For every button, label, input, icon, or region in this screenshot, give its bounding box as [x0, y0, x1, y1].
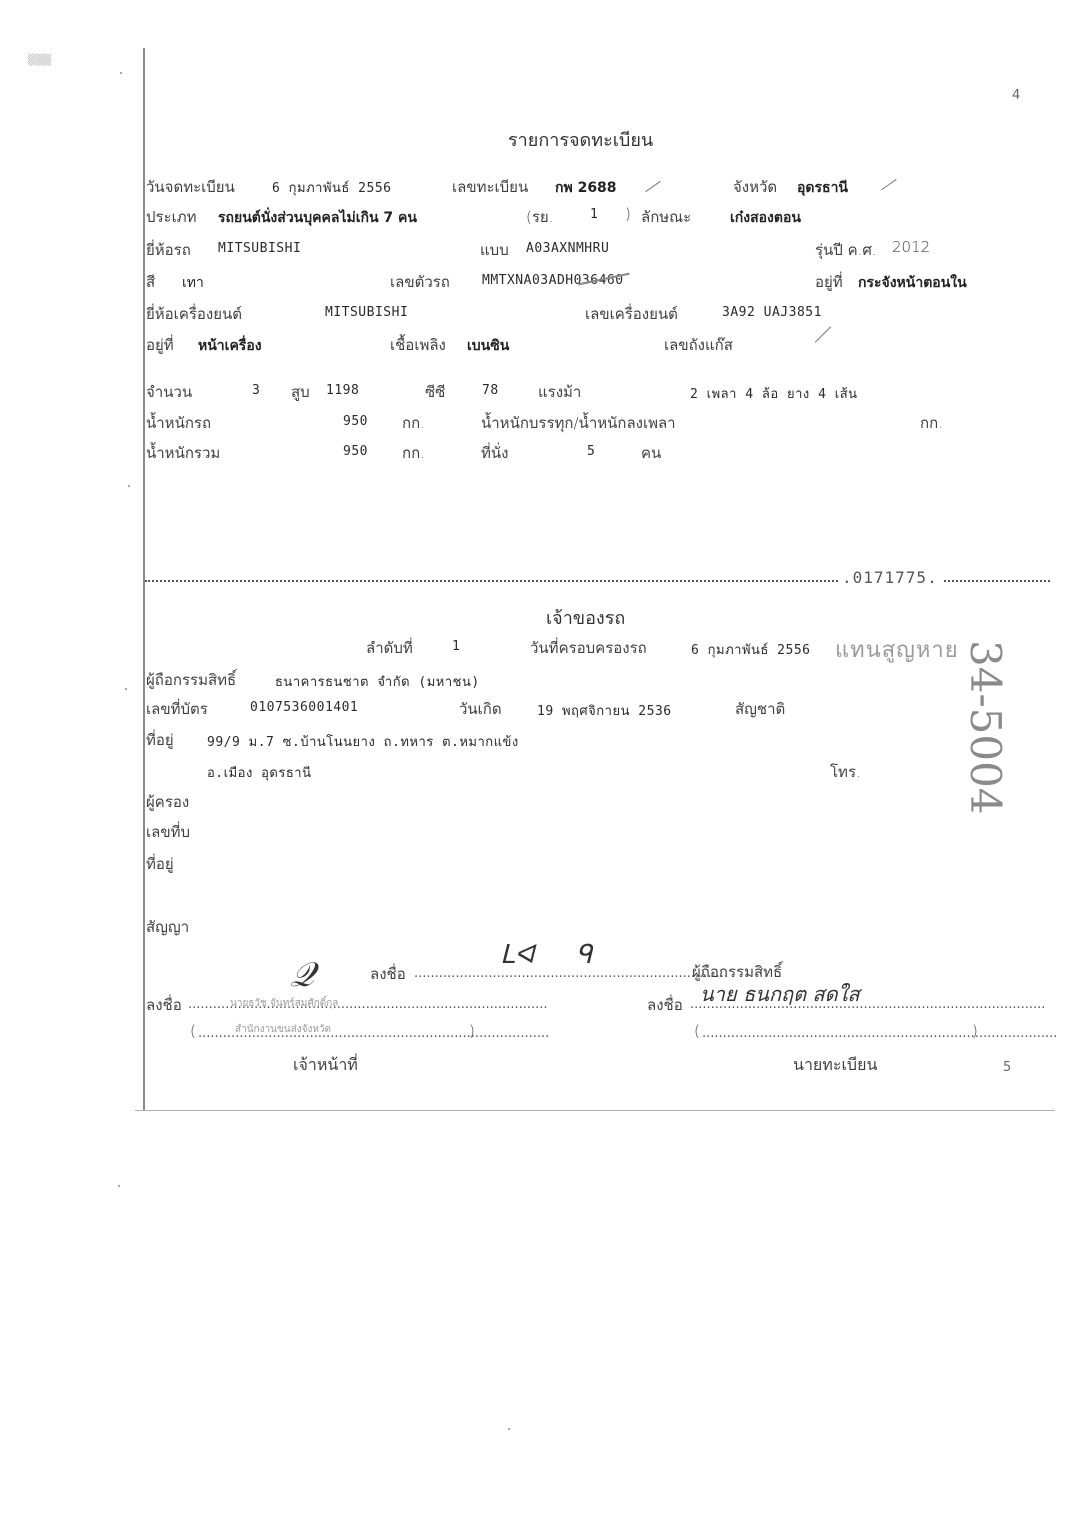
owner-signature: ᒪᐊ ᑫ: [500, 940, 592, 970]
nationality-label: สัญชาติ: [735, 697, 785, 721]
address-line-1: 99/9 ม.7 ซ.บ้านโนนยาง ถ.ทหาร ต.หมากแข้ง: [207, 731, 519, 752]
reg-date: 6 กุมภาพันธ์ 2556: [272, 177, 392, 198]
seats-label: ที่นั่ง: [481, 441, 508, 465]
possession-date-label: วันที่ครอบครองรถ: [530, 636, 647, 660]
count-label: จำนวน: [146, 380, 192, 404]
registrar-paren-open: (: [694, 1022, 700, 1040]
engine-no-label: เลขเครื่องยนต์: [585, 302, 678, 326]
body-label: ลักษณะ: [641, 205, 691, 229]
form-bottom-border: [135, 1110, 1055, 1111]
vin: MMTXNA03ADH036460: [482, 273, 624, 288]
officer-sign-label: ลงชื่อ: [146, 993, 182, 1017]
engine-cc: 1198: [326, 383, 359, 398]
vehicle-code: 1: [590, 207, 598, 222]
owner-title: เจ้าของรถ: [546, 603, 625, 632]
form-left-border: [143, 48, 145, 1110]
make-label: ยี่ห้อรถ: [146, 238, 191, 262]
birth-date: 19 พฤศจิกายน 2536: [537, 700, 672, 721]
officer-paren-open: (: [190, 1022, 196, 1040]
gross-weight-unit: กก.: [402, 441, 425, 465]
cylinders-label: สูบ: [291, 380, 310, 404]
gas-tank-label: เลขถังแก๊ส: [664, 333, 733, 357]
registrar-title: นายทะเบียน: [793, 1053, 877, 1078]
persons-label: คน: [641, 441, 661, 465]
axles-tires: 2 เพลา 4 ล้อ ยาง 4 เส้น: [690, 383, 858, 404]
page-number-top: 4: [1012, 88, 1020, 103]
engine-location: หน้าเครื่อง: [198, 335, 262, 357]
code-close: ): [625, 205, 631, 223]
officer-printed-name: นายธวัช จันทร์สมศักดิ์กุล: [230, 996, 338, 1011]
engine-make: MITSUBISHI: [325, 305, 408, 320]
handwritten-annotation: 34-5004: [961, 640, 1010, 815]
gross-weight-label: น้ำหนักรวม: [146, 441, 220, 465]
address-line-2: อ.เมือง อุดรธานี: [207, 762, 311, 783]
possessor-address-label: ที่อยู่: [146, 852, 174, 876]
province-label: จังหวัด: [733, 175, 777, 199]
check-mark: [881, 179, 896, 190]
seq-number: 1: [452, 639, 460, 654]
vehicle-color: เทา: [182, 272, 204, 294]
check-mark: [645, 181, 660, 192]
load-unit: กก.: [920, 411, 943, 435]
card-label: เลขที่บัตร: [146, 697, 208, 721]
registration-title: รายการจดทะเบียน: [508, 125, 653, 154]
engine-number: 3A92 UAJ3851: [722, 305, 822, 320]
load-label: น้ำหนักบรรทุก/น้ำหนักลงเพลา: [481, 411, 676, 435]
engine-location-label: อยู่ที่: [146, 333, 174, 357]
replacement-stamp: แทนสูญหาย: [835, 632, 959, 667]
color-label: สี: [146, 270, 155, 294]
code-label: (รย.: [526, 205, 553, 229]
province: อุดรธานี: [797, 177, 848, 199]
possessor-label: ผู้ครอง: [146, 790, 189, 814]
scan-speck: [125, 688, 127, 690]
scan-speck: [120, 72, 122, 74]
address-label: ที่อยู่: [146, 728, 174, 752]
vin-label: เลขตัวรถ: [390, 270, 450, 294]
model-year: 2012: [892, 238, 930, 256]
serial-number: .0171775.: [838, 568, 942, 587]
card-number: 0107536001401: [250, 700, 358, 715]
vehicle-make: MITSUBISHI: [218, 241, 301, 256]
scan-speck: [508, 1428, 510, 1430]
phone-label: โทร.: [830, 760, 861, 784]
contract-label: สัญญา: [146, 915, 189, 939]
model-label: แบบ: [480, 238, 509, 262]
registrar-paren-line: ........................................…: [702, 1026, 1057, 1041]
cc-label: ซีซี: [425, 380, 445, 404]
vehicle-weight: 950: [343, 414, 368, 429]
possession-date: 6 กุมภาพันธ์ 2556: [691, 639, 811, 660]
holder-name: ธนาคารธนชาต จำกัด (มหาชน): [275, 671, 480, 692]
vehicle-type: รถยนต์นั่งส่วนบุคคลไม่เกิน 7 คน: [218, 207, 417, 229]
scan-speck: [128, 485, 130, 487]
birth-label: วันเกิด: [459, 697, 502, 721]
holder-label: ผู้ถือกรรมสิทธิ์: [146, 668, 236, 692]
cylinders: 3: [252, 383, 260, 398]
owner-sign-label: ลงชื่อ: [370, 962, 406, 986]
vin-location: กระจังหน้าตอนใน: [858, 272, 967, 294]
hp-label: แรงม้า: [538, 380, 581, 404]
vin-location-label: อยู่ที่: [815, 270, 843, 294]
plate-label: เลขทะเบียน: [452, 175, 528, 199]
body-style: เก๋งสองตอน: [730, 207, 801, 229]
year-label: รุ่นปี ค.ศ.: [815, 238, 877, 262]
registrar-paren-close: ): [972, 1022, 978, 1040]
seats: 5: [587, 444, 595, 459]
check-mark: [815, 326, 831, 342]
officer-title: เจ้าหน้าที่: [293, 1053, 358, 1078]
page-number-bottom: 5: [1003, 1060, 1011, 1075]
weight-label: น้ำหนักรถ: [146, 411, 211, 435]
vehicle-model: A03AXNMHRU: [526, 241, 609, 256]
scan-speck: [118, 1185, 120, 1187]
officer-paren-close: ): [469, 1022, 475, 1040]
reg-date-label: วันจดทะเบียน: [146, 175, 235, 199]
possessor-card-label: เลขที่บ: [146, 820, 190, 844]
officer-office: สำนักงานขนส่งจังหวัด: [235, 1022, 331, 1037]
officer-signature: 𝒬: [290, 955, 314, 995]
type-label: ประเภท: [146, 205, 197, 229]
horsepower: 78: [482, 383, 499, 398]
engine-make-label: ยี่ห้อเครื่องยนต์: [146, 302, 242, 326]
fuel-type: เบนซิน: [467, 335, 509, 357]
fuel-label: เชื้อเพลิง: [390, 333, 446, 357]
registrar-signature: นาย ธนกฤต สดใส: [700, 978, 860, 1010]
gross-weight: 950: [343, 444, 368, 459]
plate-number: กพ 2688: [555, 177, 617, 199]
weight-unit: กก.: [402, 411, 425, 435]
seq-label: ลำดับที่: [366, 636, 413, 660]
registrar-sign-label: ลงชื่อ: [647, 993, 683, 1017]
scan-artifact: ▒▒▒: [28, 55, 51, 66]
